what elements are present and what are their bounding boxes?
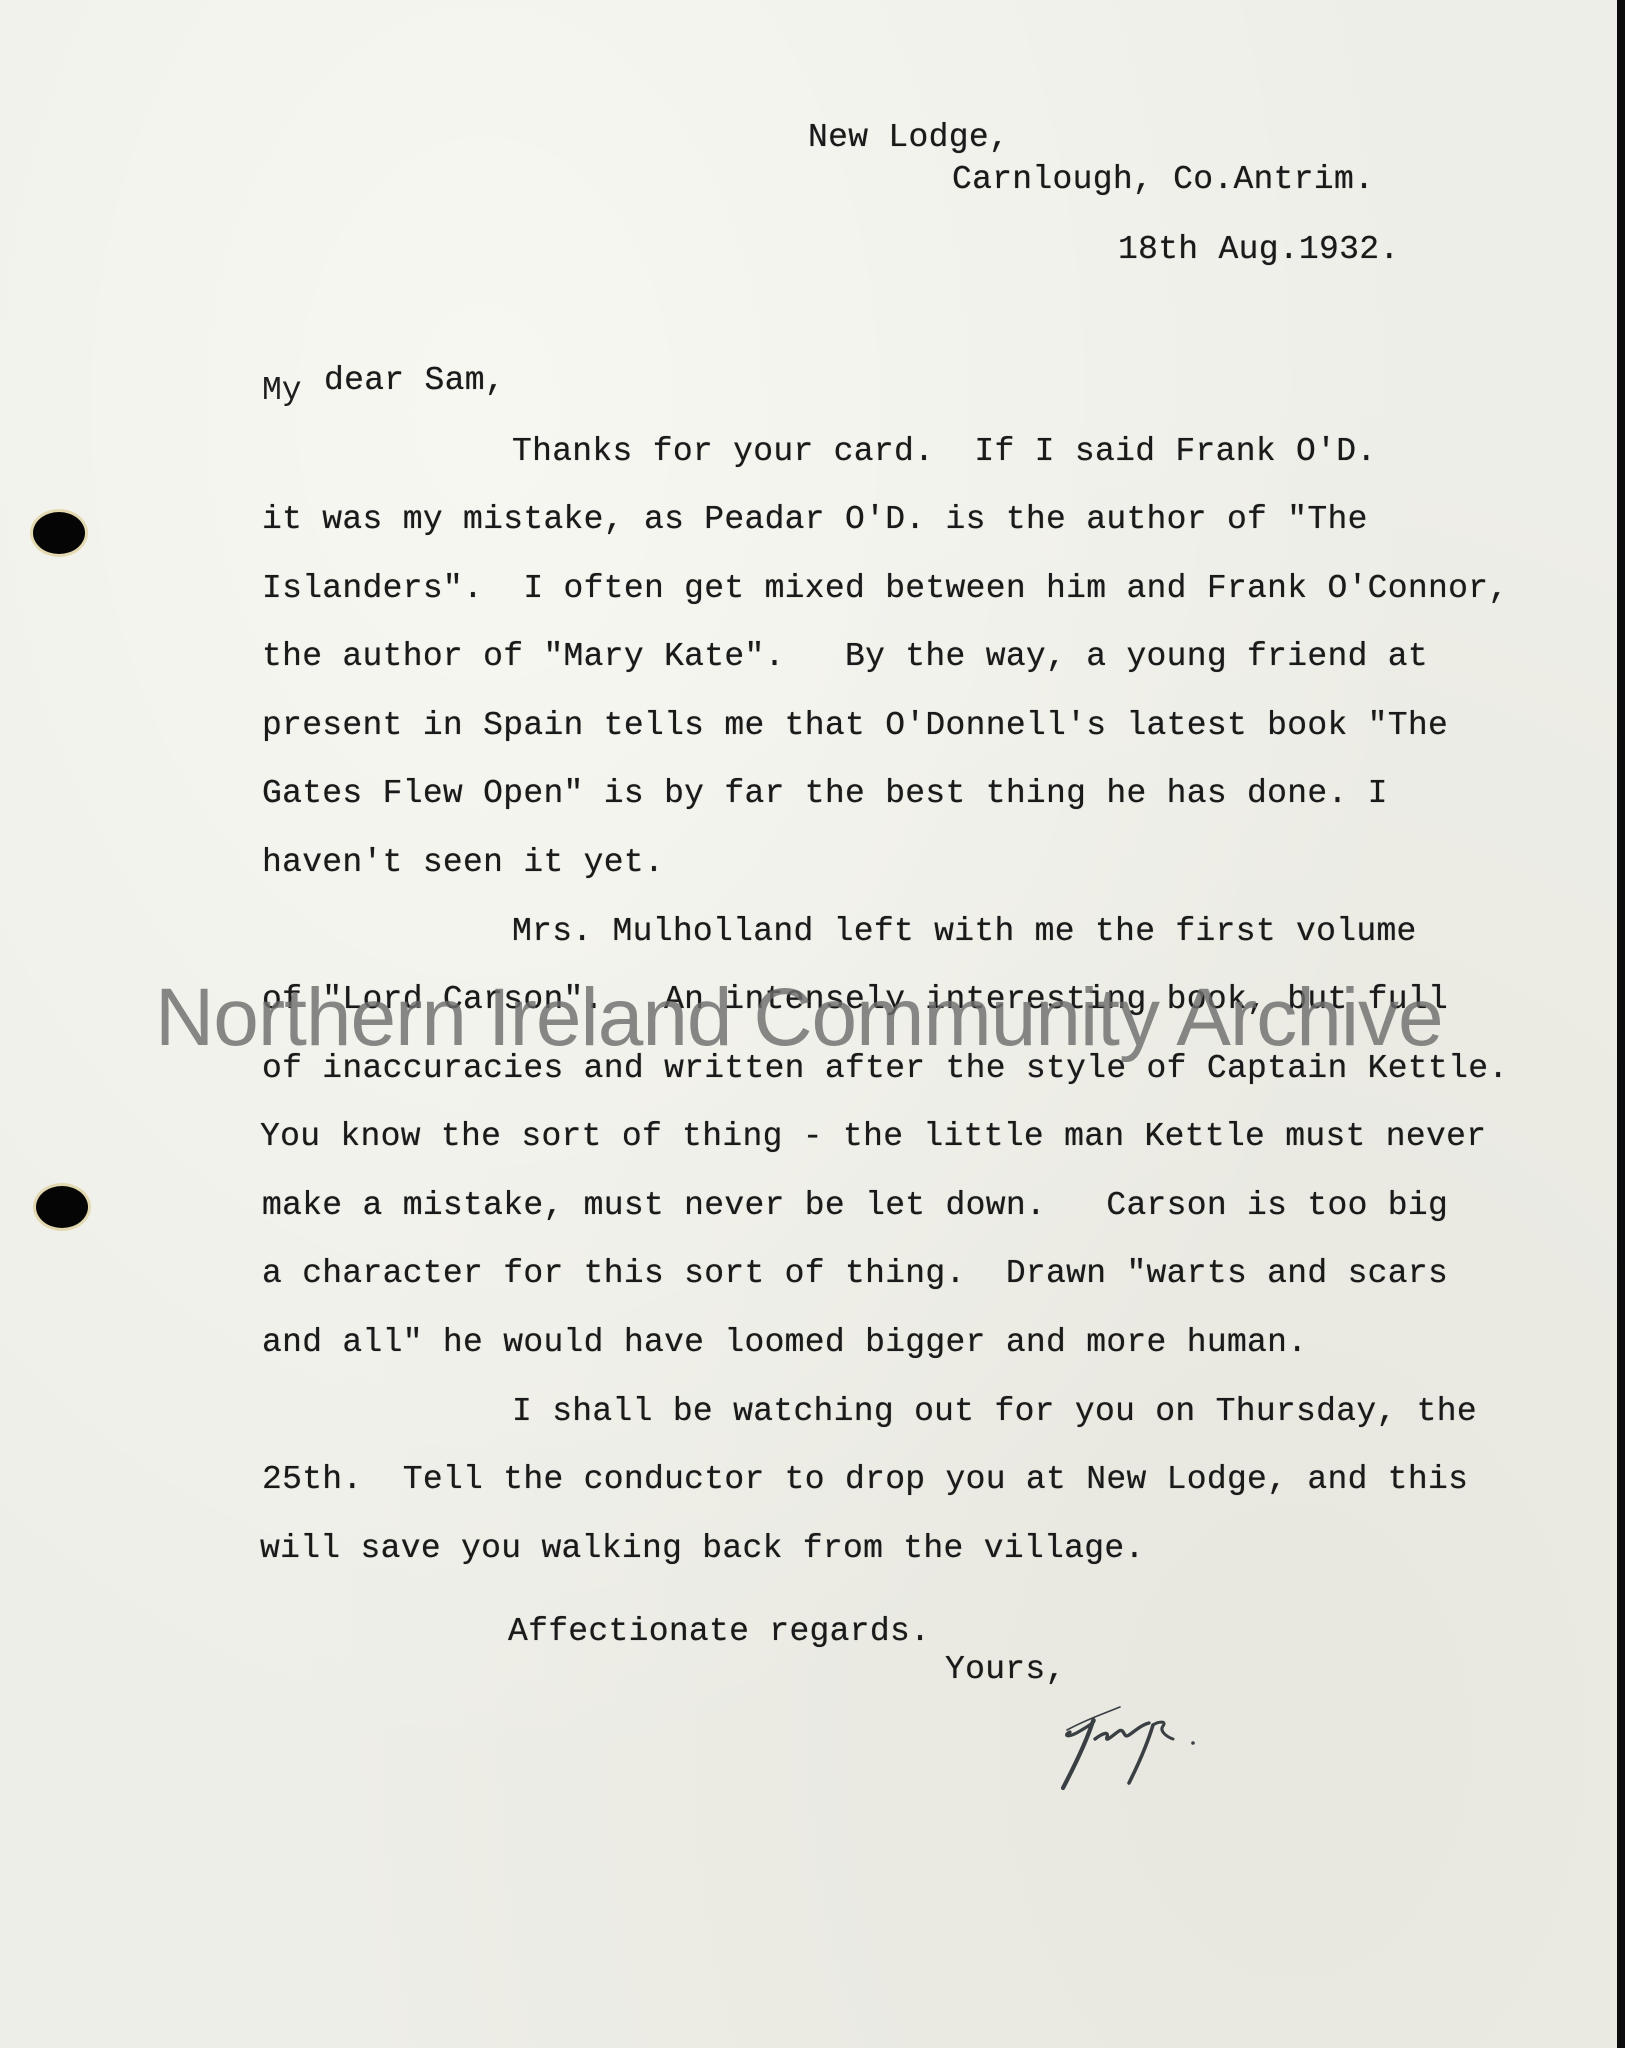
paragraph-1-line: it was my mistake, as Peadar O'D. is the… <box>262 500 1368 540</box>
paragraph-1-line: present in Spain tells me that O'Donnell… <box>262 706 1448 746</box>
paragraph-3-line: 25th. Tell the conductor to drop you at … <box>262 1460 1468 1500</box>
letter-page: New Lodge, Carnlough, Co.Antrim. 18th Au… <box>0 0 1617 2048</box>
paragraph-1-line: Thanks for your card. If I said Frank O'… <box>512 432 1376 472</box>
paragraph-2-line: make a mistake, must never be let down. … <box>262 1186 1448 1226</box>
punch-hole-icon <box>36 1186 88 1228</box>
signature-george-icon <box>1045 1695 1245 1800</box>
closing-line: Affectionate regards. <box>508 1612 930 1652</box>
paragraph-1-line: haven't seen it yet. <box>262 843 664 883</box>
paragraph-1-line: the author of "Mary Kate". By the way, a… <box>262 637 1428 677</box>
paragraph-3-line: will save you walking back from the vill… <box>260 1529 1145 1569</box>
paragraph-2-line: You know the sort of thing - the little … <box>260 1117 1486 1157</box>
address-line-2: Carnlough, Co.Antrim. <box>952 160 1374 200</box>
paragraph-2-line: of "Lord Carson". An intensely interesti… <box>262 980 1448 1020</box>
address-line-1: New Lodge, <box>808 118 1009 158</box>
punch-hole-icon <box>33 512 85 554</box>
paragraph-2-line: of inaccuracies and written after the st… <box>262 1049 1508 1089</box>
scan-edge <box>1617 0 1625 2048</box>
paragraph-2-line: Mrs. Mulholland left with me the first v… <box>512 912 1417 952</box>
paragraph-1-line: Gates Flew Open" is by far the best thin… <box>262 774 1388 814</box>
salutation-my: My <box>262 371 302 411</box>
paragraph-3-line: I shall be watching out for you on Thurs… <box>512 1392 1477 1432</box>
letter-date: 18th Aug.1932. <box>1118 230 1399 270</box>
paragraph-1-line: Islanders". I often get mixed between hi… <box>262 569 1508 609</box>
salutation-name: dear Sam, <box>324 361 505 401</box>
valediction-line: Yours, <box>945 1650 1066 1690</box>
paragraph-2-line: a character for this sort of thing. Draw… <box>262 1254 1448 1294</box>
paragraph-2-line: and all" he would have loomed bigger and… <box>262 1323 1307 1363</box>
